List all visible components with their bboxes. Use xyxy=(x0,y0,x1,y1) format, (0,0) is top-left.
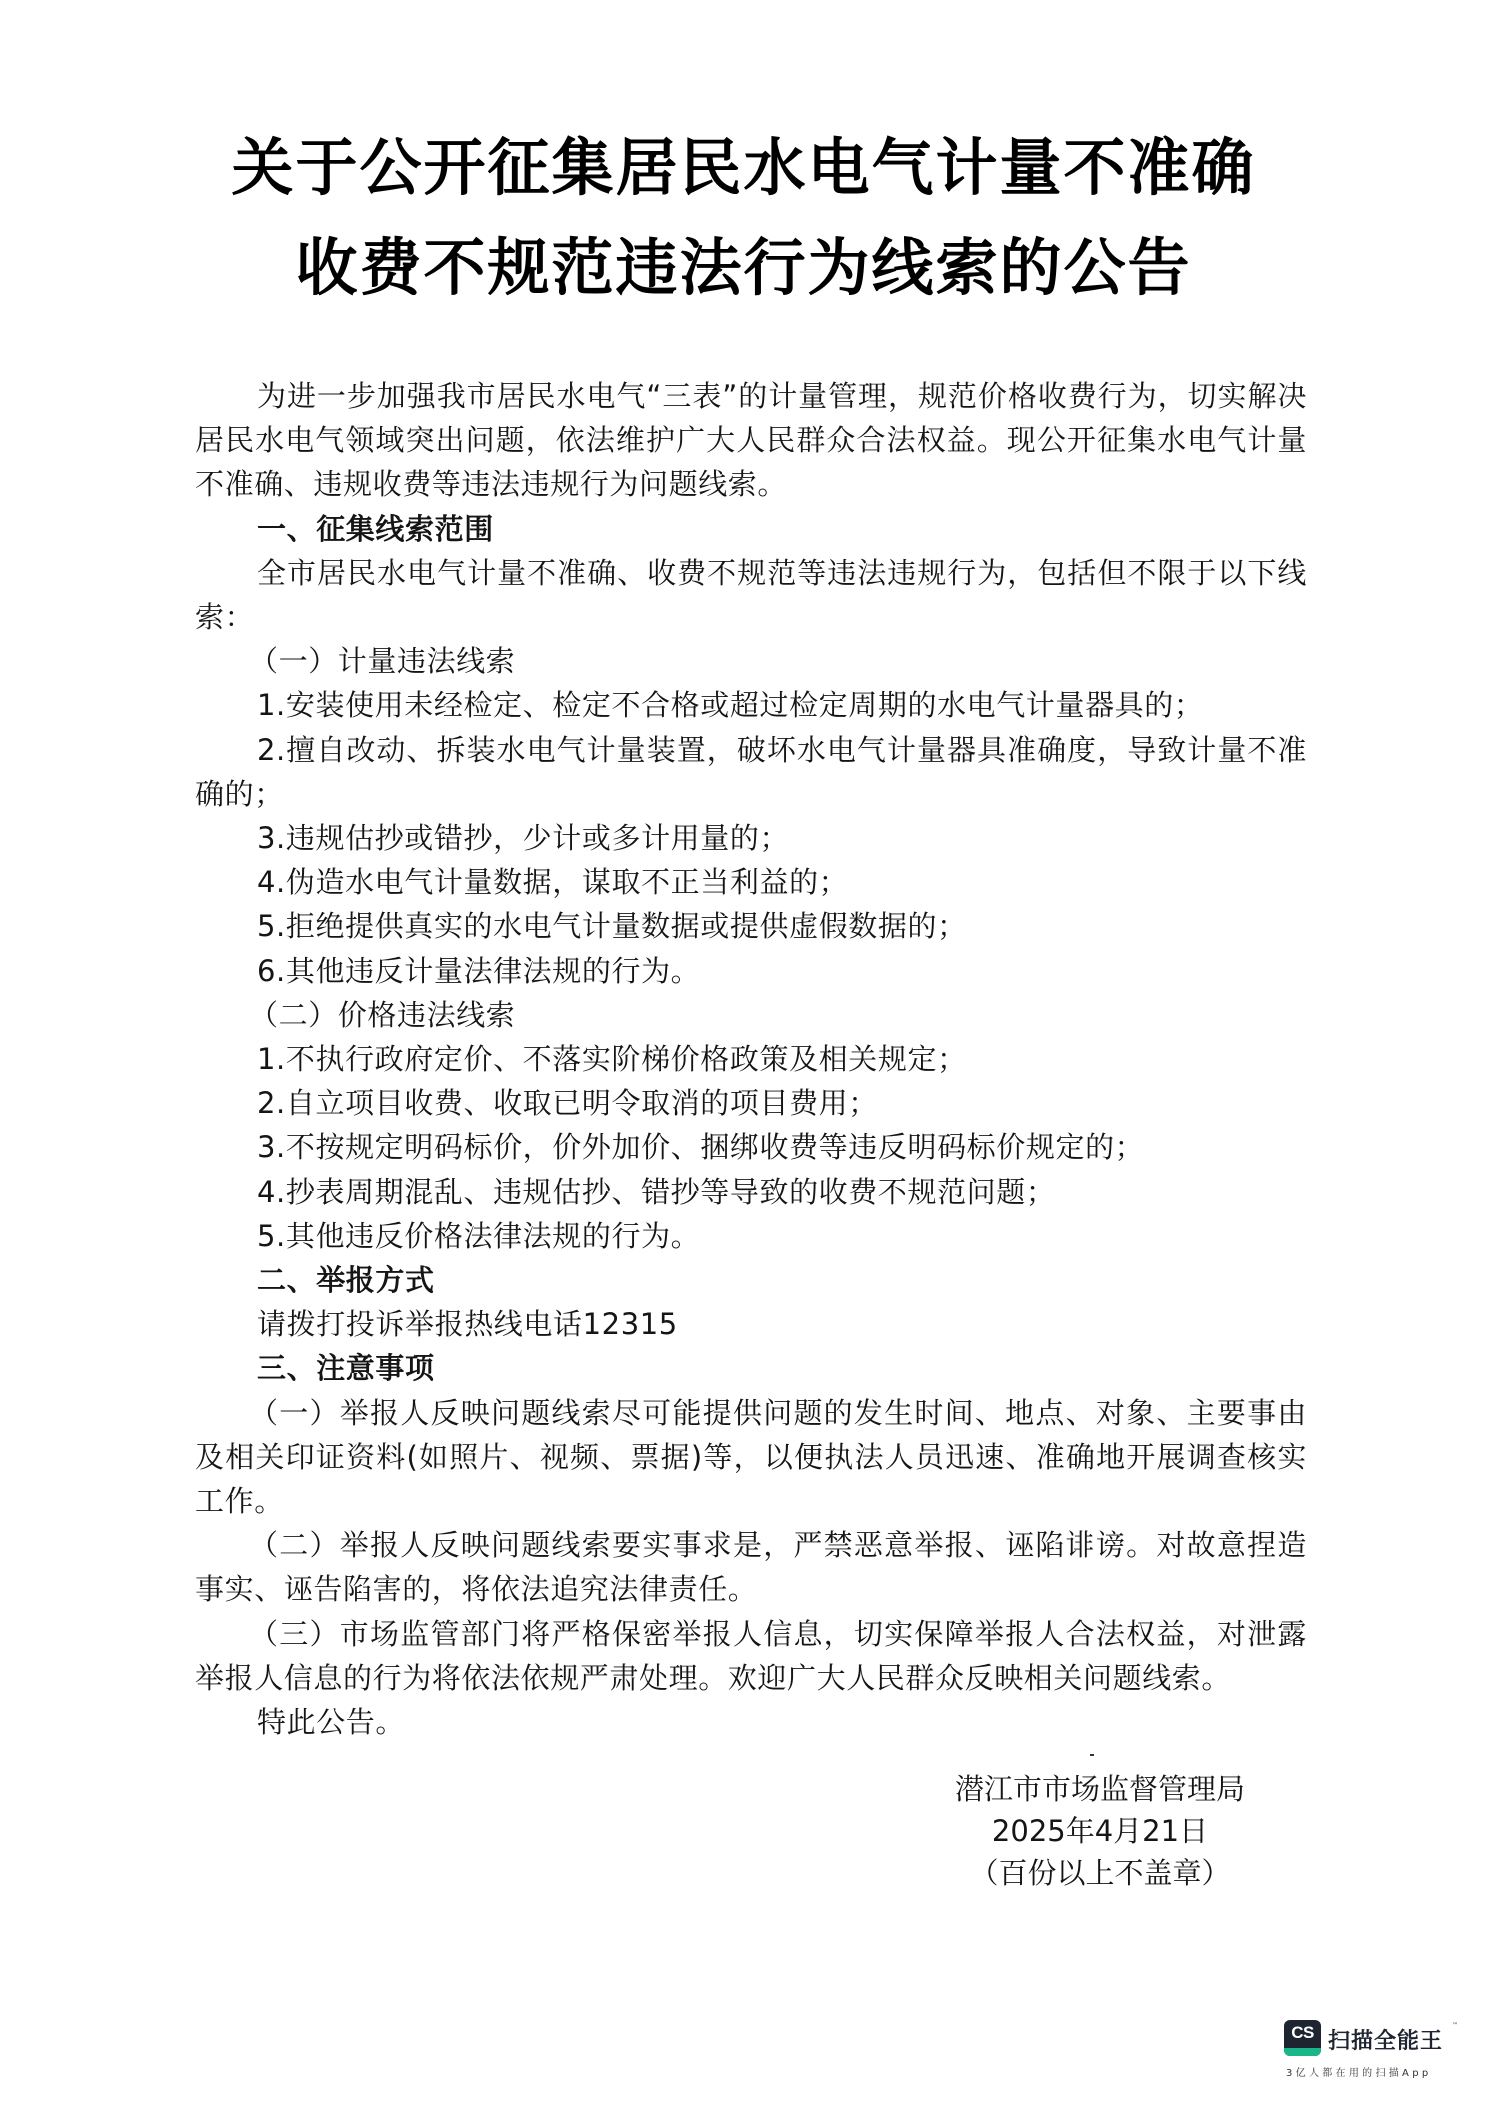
trademark-symbol: ™ xyxy=(1452,2022,1458,2029)
scan-speck xyxy=(1090,1754,1094,1756)
metrology-item: 4.伪造水电气计量数据，谋取不正当利益的； xyxy=(195,860,1307,904)
pricing-item: 1.不执行政府定价、不落实阶梯价格政策及相关规定； xyxy=(195,1037,1307,1081)
notice-item: （二）举报人反映问题线索要实事求是，严禁恶意举报、诬陷诽谤。对故意捏造事实、诬告… xyxy=(195,1523,1307,1611)
subsection-metrology-heading: （一）计量违法线索 xyxy=(195,639,1307,683)
intro-paragraph: 为进一步加强我市居民水电气“三表”的计量管理，规范价格收费行为，切实解决居民水电… xyxy=(195,374,1307,507)
metrology-item: 1.安装使用未经检定、检定不合格或超过检定周期的水电气计量器具的； xyxy=(195,683,1307,727)
document-title-line-2: 收费不规范违法行为线索的公告 xyxy=(0,228,1487,308)
metrology-item: 3.违规估抄或错抄，少计或多计用量的； xyxy=(195,816,1307,860)
section-1-lead: 全市居民水电气计量不准确、收费不规范等违法违规行为，包括但不限于以下线索： xyxy=(195,551,1307,639)
hotline-text: 请拨打投诉举报热线电话12315 xyxy=(195,1302,1307,1346)
closing-text: 特此公告。 xyxy=(195,1700,1307,1744)
section-1-heading: 一、征集线索范围 xyxy=(195,507,1307,551)
metrology-item: 2.擅自改动、拆装水电气计量装置，破坏水电气计量器具准确度，导致计量不准确的； xyxy=(195,728,1307,816)
metrology-item: 6.其他违反计量法律法规的行为。 xyxy=(195,949,1307,993)
document-title-line-1: 关于公开征集居民水电气计量不准确 xyxy=(0,128,1487,208)
signature-block: 潜江市市场监督管理局 2025年4月21日 （百份以上不盖章） xyxy=(900,1768,1300,1894)
document-body: 为进一步加强我市居民水电气“三表”的计量管理，规范价格收费行为，切实解决居民水电… xyxy=(195,374,1307,1744)
section-3-heading: 三、注意事项 xyxy=(195,1346,1307,1390)
pricing-item: 3.不按规定明码标价，价外加价、捆绑收费等违反明码标价规定的； xyxy=(195,1125,1307,1169)
camscanner-logo-icon: CS xyxy=(1284,2020,1321,2056)
camscanner-watermark: CS 扫描全能王 ™ 3亿人都在用的扫描App xyxy=(1284,2020,1484,2100)
subsection-pricing-heading: （二）价格违法线索 xyxy=(195,993,1307,1037)
metrology-item: 5.拒绝提供真实的水电气计量数据或提供虚假数据的； xyxy=(195,904,1307,948)
watermark-app-name: 扫描全能王 xyxy=(1328,2024,1443,2055)
pricing-item: 2.自立项目收费、收取已明令取消的项目费用； xyxy=(195,1081,1307,1125)
pricing-item: 5.其他违反价格法律法规的行为。 xyxy=(195,1214,1307,1258)
issue-date: 2025年4月21日 xyxy=(900,1810,1300,1852)
notice-item: （三）市场监管部门将严格保密举报人信息，切实保障举报人合法权益，对泄露举报人信息… xyxy=(195,1612,1307,1700)
issuer-name: 潜江市市场监督管理局 xyxy=(900,1768,1300,1810)
watermark-slogan: 3亿人都在用的扫描App xyxy=(1286,2064,1432,2079)
notice-item: （一）举报人反映问题线索尽可能提供问题的发生时间、地点、对象、主要事由及相关印证… xyxy=(195,1391,1307,1524)
seal-note: （百份以上不盖章） xyxy=(900,1852,1300,1894)
section-2-heading: 二、举报方式 xyxy=(195,1258,1307,1302)
pricing-item: 4.抄表周期混乱、违规估抄、错抄等导致的收费不规范问题； xyxy=(195,1170,1307,1214)
